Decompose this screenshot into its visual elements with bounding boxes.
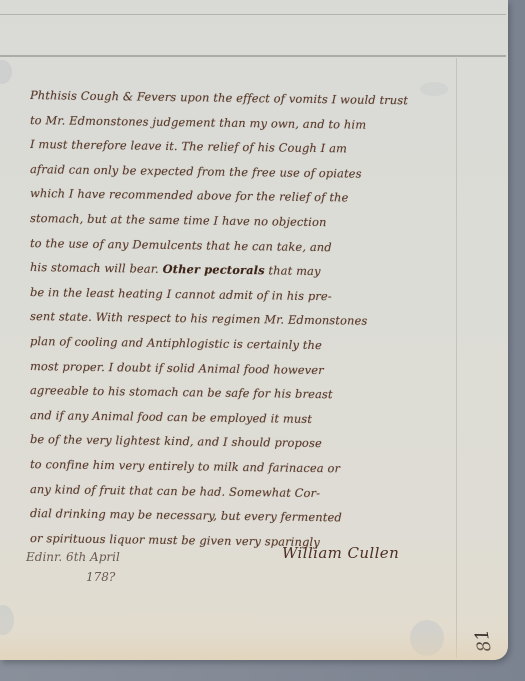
year: 178? bbox=[26, 567, 120, 587]
place-date: Edinr. 6th April bbox=[26, 550, 120, 564]
paper-stain bbox=[0, 605, 14, 635]
paper-fold-line bbox=[0, 14, 506, 15]
folio-number: 81 bbox=[471, 627, 496, 653]
paper-fold-line bbox=[0, 55, 506, 57]
letter-body: Phthisis Cough & Fevers upon the effect … bbox=[30, 83, 460, 550]
dateline: Edinr. 6th April 178? bbox=[26, 547, 120, 587]
manuscript-page: Phthisis Cough & Fevers upon the effect … bbox=[0, 0, 508, 660]
paper-stain bbox=[410, 620, 444, 656]
emphasized-phrase: Other pectorals bbox=[163, 262, 265, 277]
scanned-manuscript: Phthisis Cough & Fevers upon the effect … bbox=[0, 0, 525, 681]
paper-stain bbox=[0, 60, 12, 84]
signature: William Cullen bbox=[282, 544, 399, 562]
